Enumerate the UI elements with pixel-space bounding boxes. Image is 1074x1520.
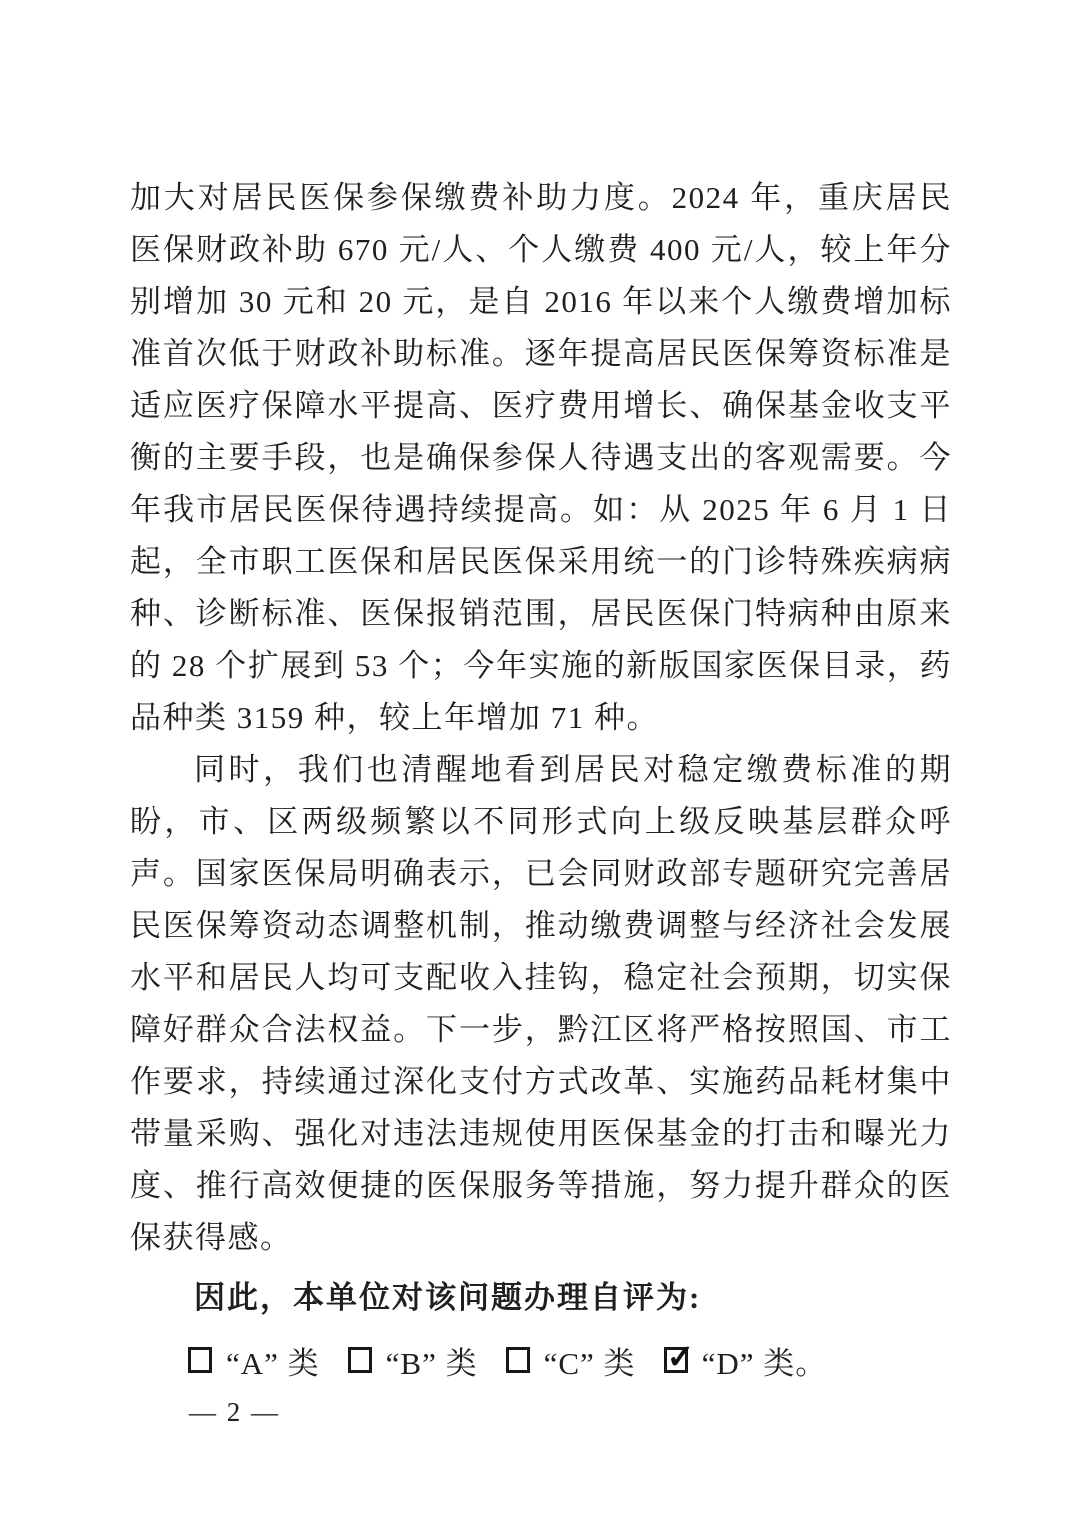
rating-option-d-label: “D” 类。: [702, 1338, 828, 1383]
document-body: 加大对居民医保参保缴费补助力度。2024 年，重庆居民医保财政补助 670 元/…: [130, 172, 952, 1386]
checkbox-class-d-checked[interactable]: [664, 1347, 688, 1373]
rating-option-d: “D” 类。: [664, 1338, 828, 1383]
document-page: 加大对居民医保参保缴费补助力度。2024 年，重庆居民医保财政补助 670 元/…: [0, 0, 1074, 1520]
rating-options-row: “A” 类 “B” 类 “C” 类 “D” 类。: [188, 1334, 952, 1386]
checkbox-class-c[interactable]: [506, 1347, 530, 1373]
page-number: — 2 —: [189, 1397, 280, 1427]
rating-option-c-label: “C” 类: [544, 1338, 636, 1383]
checkbox-class-b[interactable]: [348, 1347, 372, 1373]
paragraph-funding-policy: 加大对居民医保参保缴费补助力度。2024 年，重庆居民医保财政补助 670 元/…: [130, 172, 952, 744]
self-rating-heading: 因此，本单位对该问题办理自评为:: [130, 1272, 952, 1324]
rating-option-c: “C” 类: [506, 1338, 636, 1383]
page-footer: — 2 —: [154, 1366, 280, 1459]
paragraph-response-measures: 同时，我们也清醒地看到居民对稳定缴费标准的期盼，市、区两级频繁以不同形式向上级反…: [130, 744, 952, 1264]
rating-option-b: “B” 类: [348, 1338, 478, 1383]
rating-option-b-label: “B” 类: [386, 1338, 478, 1383]
